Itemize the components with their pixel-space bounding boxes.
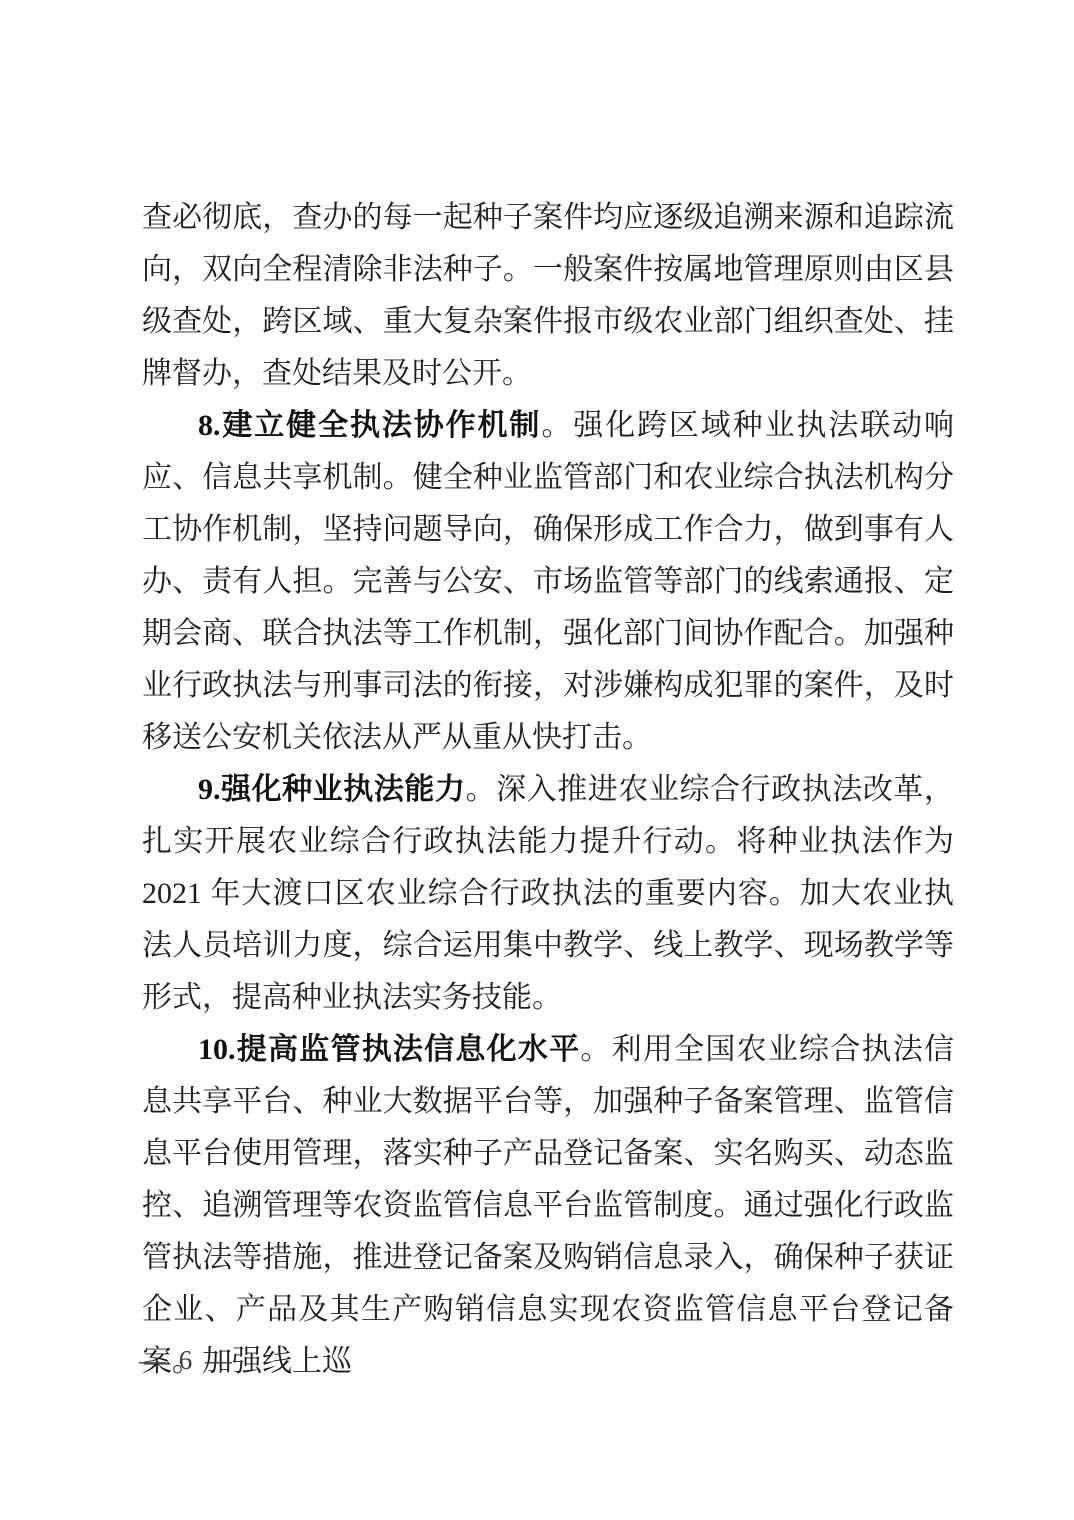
section-10-heading-period: 。	[580, 1033, 611, 1066]
paragraph-section-10: 10.提高监管执法信息化水平。利用全国农业综合执法信息共享平台、种业大数据平台等…	[142, 1024, 954, 1388]
paragraph-section-9: 9.强化种业执法能力。深入推进农业综合行政执法改革，扎实开展农业综合行政执法能力…	[142, 764, 954, 1024]
section-9-heading-period: 。	[466, 773, 497, 806]
section-8-heading-period: 。	[541, 409, 573, 442]
paragraph-continuation: 查必彻底，查办的每一起种子案件均应逐级追溯来源和追踪流向，双向全程清除非法种子。…	[142, 192, 954, 400]
paragraph-body-text: 深入推进农业综合行政执法改革，扎实开展农业综合行政执法能力提升行动。将种业执法作…	[142, 773, 954, 1014]
section-10-heading: 10.提高监管执法信息化水平	[198, 1033, 580, 1066]
paragraph-body-text: 查必彻底，查办的每一起种子案件均应逐级追溯来源和追踪流向，双向全程清除非法种子。…	[142, 201, 954, 390]
section-8-heading: 8.建立健全执法协作机制	[198, 409, 541, 442]
document-page: 查必彻底，查办的每一起种子案件均应逐级追溯来源和追踪流向，双向全程清除非法种子。…	[0, 0, 1074, 1520]
paragraph-body-text: 利用全国农业综合执法信息共享平台、种业大数据平台等，加强种子备案管理、监管信息平…	[142, 1033, 954, 1378]
paragraph-section-8: 8.建立健全执法协作机制。强化跨区域种业执法联动响应、信息共享机制。健全种业监管…	[142, 400, 954, 764]
section-9-heading: 9.强化种业执法能力	[198, 773, 466, 806]
paragraph-body-text: 强化跨区域种业执法联动响应、信息共享机制。健全种业监管部门和农业综合执法机构分工…	[142, 409, 954, 754]
document-body: 查必彻底，查办的每一起种子案件均应逐级追溯来源和追踪流向，双向全程清除非法种子。…	[142, 192, 954, 1388]
page-number: — 6 —	[139, 1342, 235, 1378]
